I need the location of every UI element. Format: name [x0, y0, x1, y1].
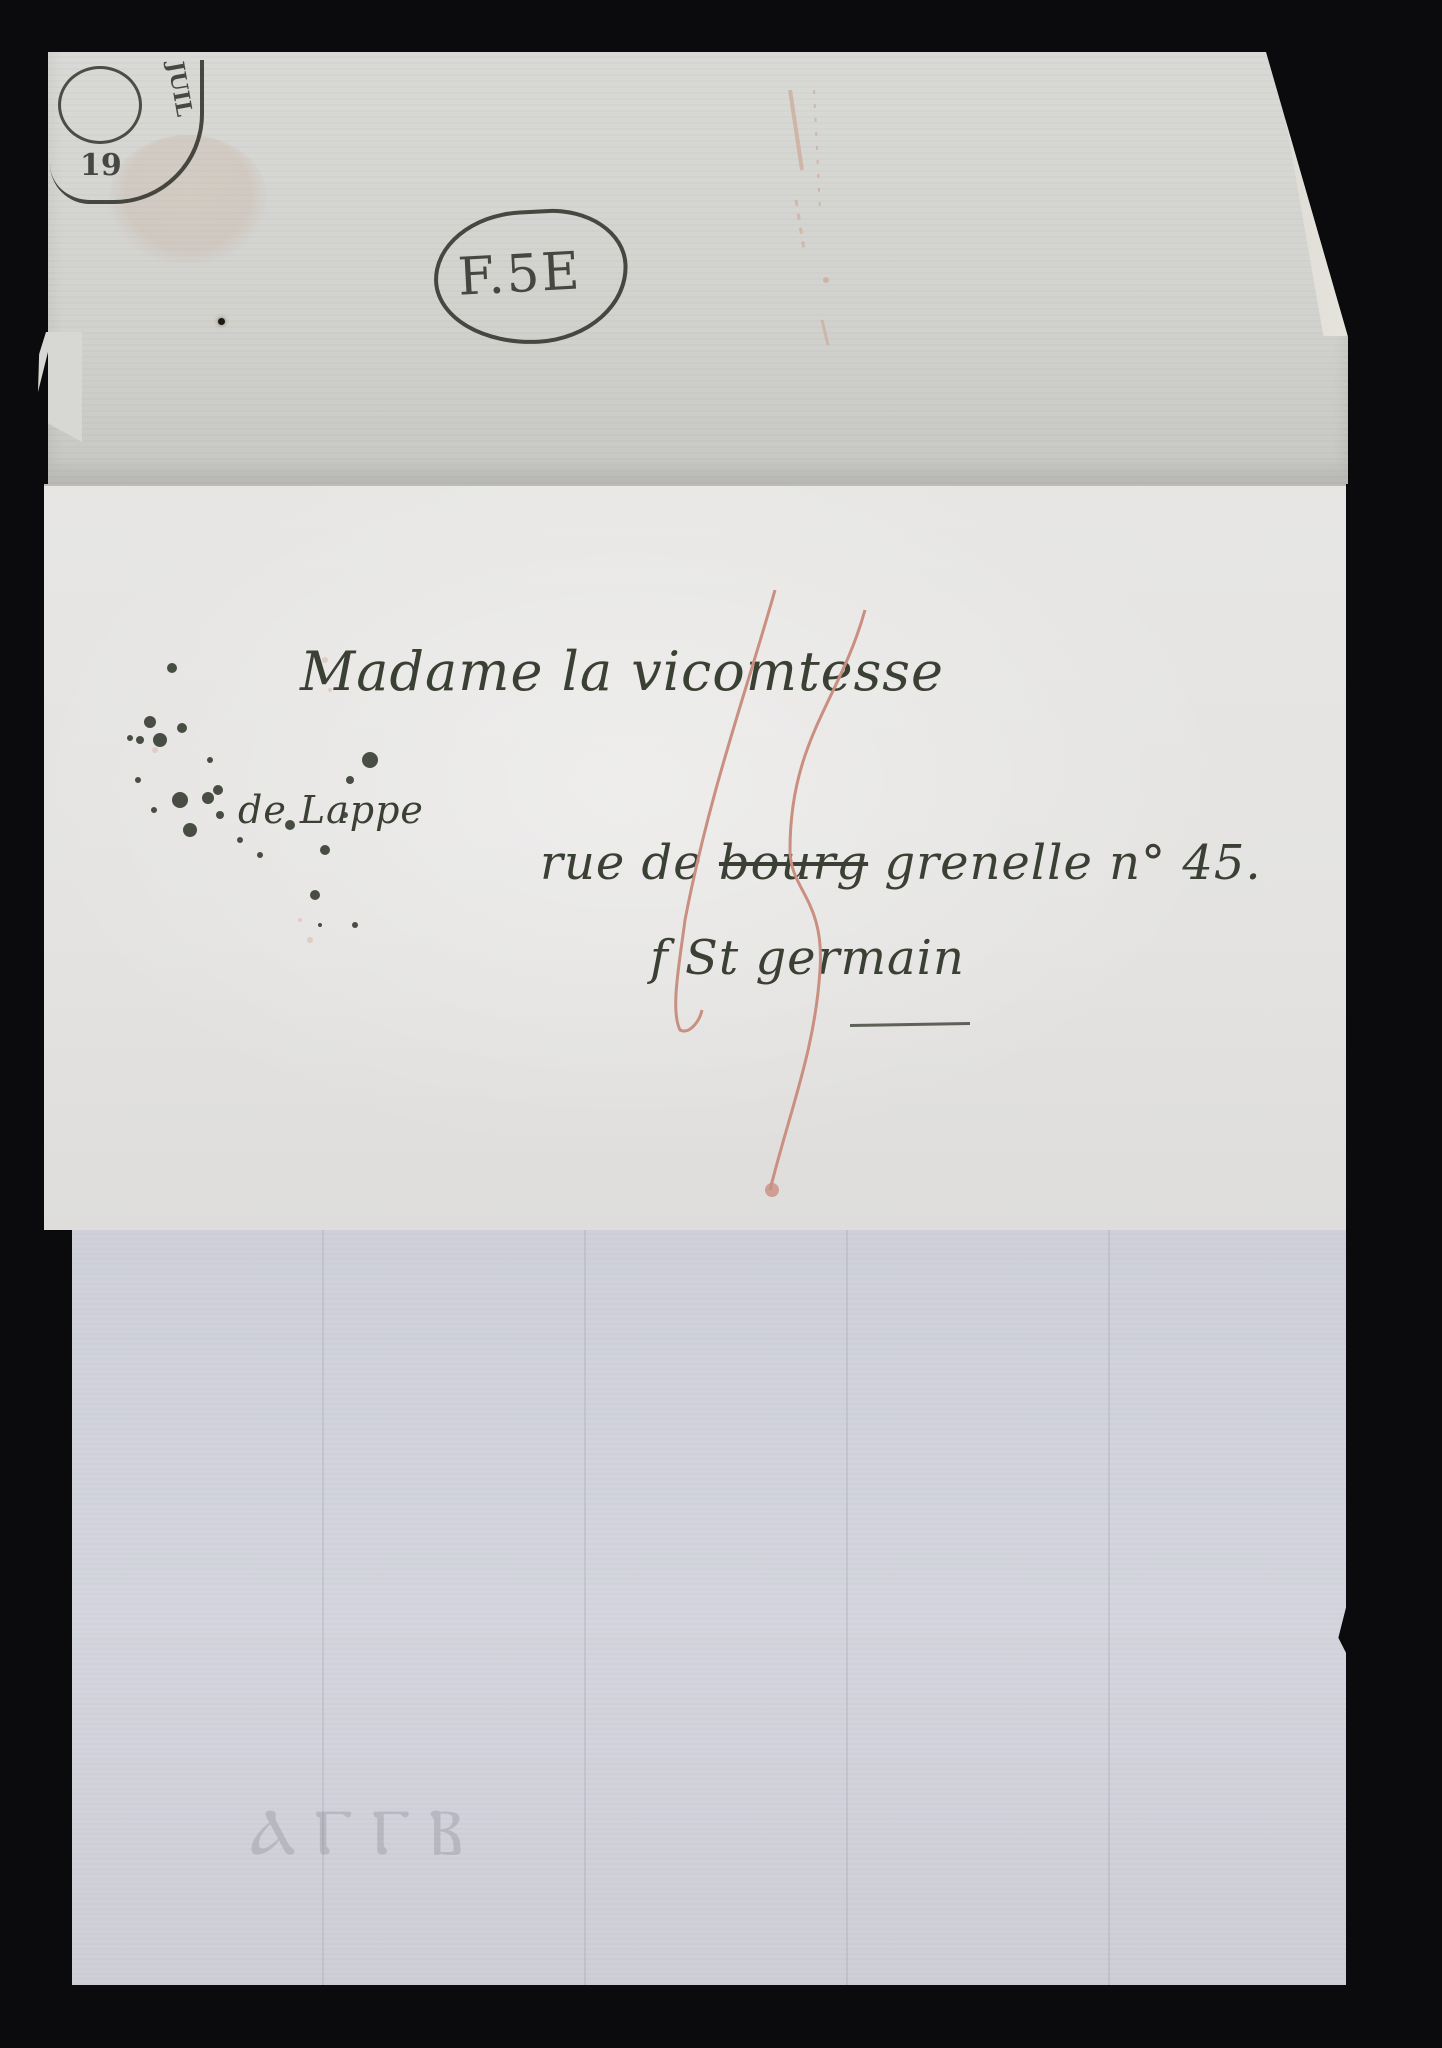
- red-offset-marks: [776, 80, 836, 380]
- left-flap-tab: [22, 332, 82, 442]
- inner-sheet-panel: [72, 1230, 1346, 1985]
- show-through-text: ⲀⲄⲄⲂ: [250, 1796, 481, 1870]
- corner-fold: [1280, 66, 1350, 336]
- datestamp-day: 19: [80, 148, 122, 183]
- address-side-note: de Lappe: [238, 788, 424, 832]
- letter-photograph: 19 JUIL F.5E Madame la vicomtesse de Lap: [0, 0, 1442, 2048]
- top-flap: [48, 52, 1348, 484]
- cachet-text: F.5E: [456, 241, 583, 307]
- manuscript-rate-marking: [640, 590, 870, 1200]
- datestamp-inner-ring: [58, 66, 142, 144]
- datestamp-month: JUIL: [162, 59, 197, 118]
- pin-hole: [218, 318, 225, 325]
- street-name: grenelle n° 45.: [884, 835, 1261, 891]
